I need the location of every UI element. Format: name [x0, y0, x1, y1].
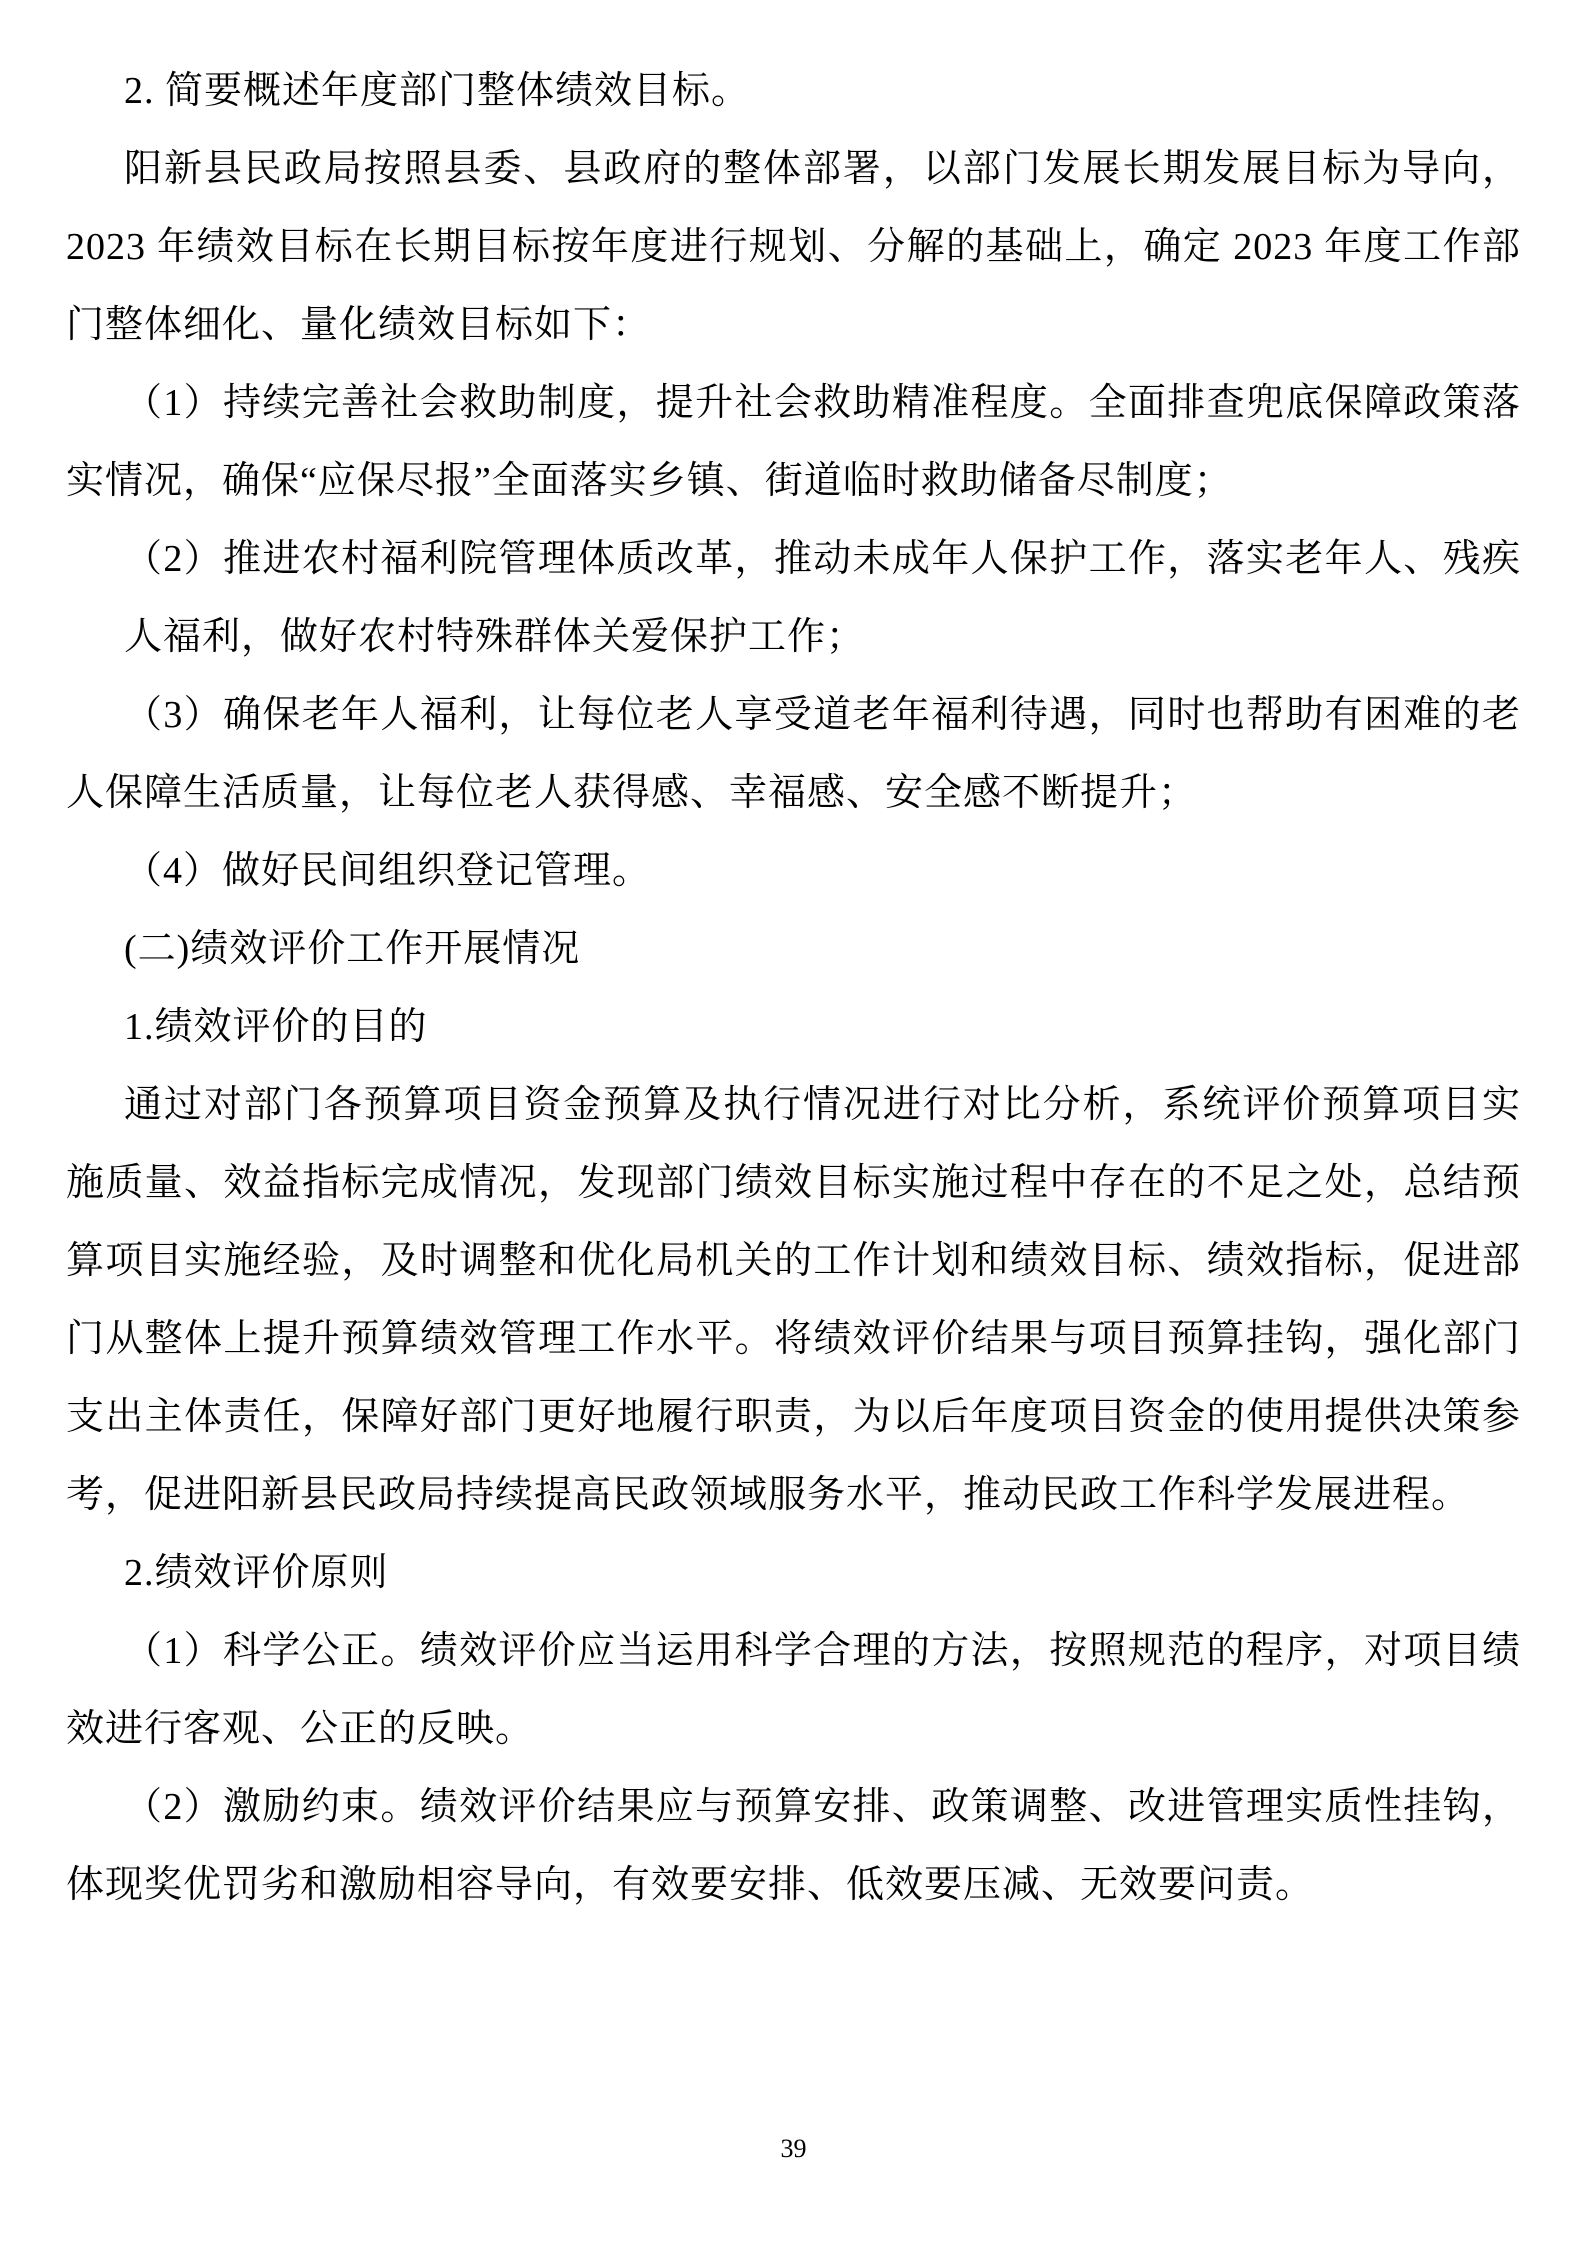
goal-item-1: （1）持续完善社会救助制度，提升社会救助精准程度。全面排查兜底保障政策落实情况，… — [66, 364, 1521, 520]
goal-overview-paragraph: 阳新县民政局按照县委、县政府的整体部署，以部门发展长期发展目标为导向，2023 … — [66, 130, 1521, 364]
principle-item-1: （1）科学公正。绩效评价应当运用科学合理的方法，按照规范的程序，对项目绩效进行客… — [66, 1612, 1521, 1768]
goal-item-3: （3）确保老年人福利，让每位老人享受道老年福利待遇，同时也帮助有困难的老人保障生… — [66, 676, 1521, 832]
principles-heading: 2.绩效评价原则 — [66, 1534, 1521, 1612]
document-page: 2. 简要概述年度部门整体绩效目标。 阳新县民政局按照县委、县政府的整体部署，以… — [0, 0, 1587, 2245]
document-body: 2. 简要概述年度部门整体绩效目标。 阳新县民政局按照县委、县政府的整体部署，以… — [66, 52, 1521, 1924]
goal-overview-heading: 2. 简要概述年度部门整体绩效目标。 — [66, 52, 1521, 130]
page-number: 39 — [0, 2132, 1587, 2166]
purpose-paragraph: 通过对部门各预算项目资金预算及执行情况进行对比分析，系统评价预算项目实施质量、效… — [66, 1066, 1521, 1534]
principle-item-2: （2）激励约束。绩效评价结果应与预算安排、政策调整、改进管理实质性挂钩，体现奖优… — [66, 1768, 1521, 1924]
goal-item-2: （2）推进农村福利院管理体质改革，推动未成年人保护工作，落实老年人、残疾人福利，… — [66, 520, 1521, 676]
section-2-heading: (二)绩效评价工作开展情况 — [66, 910, 1521, 988]
purpose-heading: 1.绩效评价的目的 — [66, 988, 1521, 1066]
goal-item-4: （4）做好民间组织登记管理。 — [66, 832, 1521, 910]
